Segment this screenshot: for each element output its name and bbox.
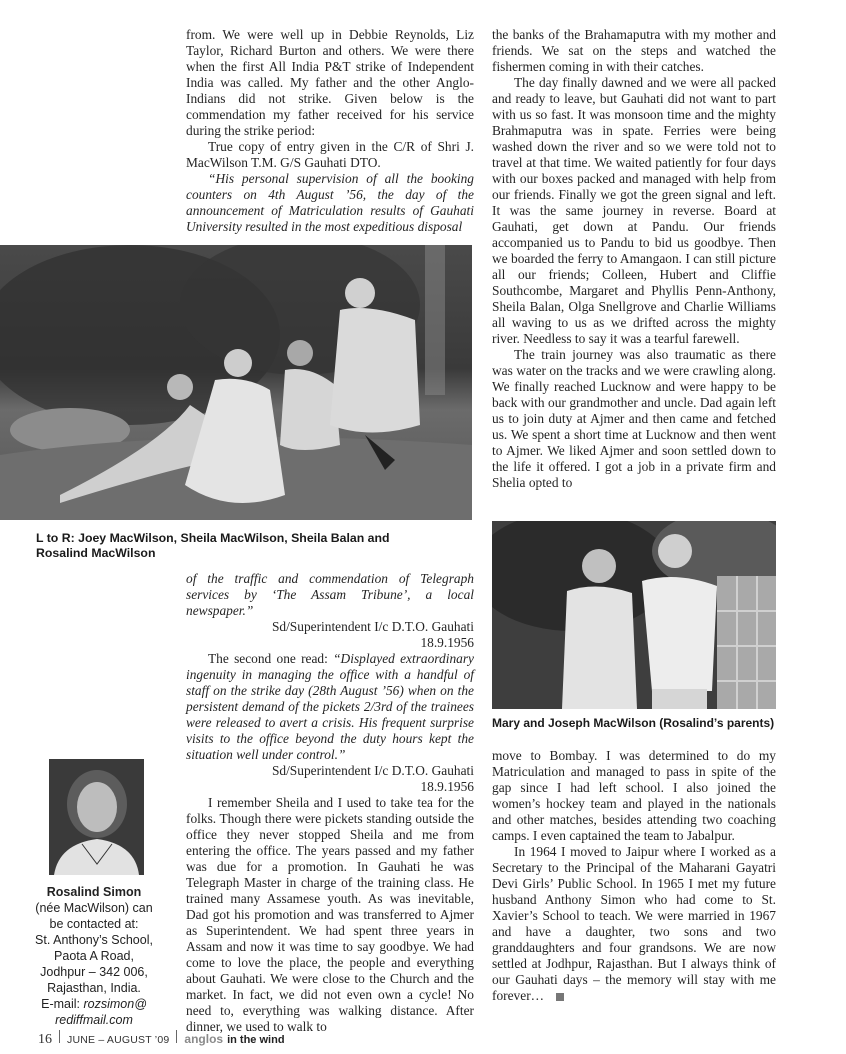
issue-date: JUNE – AUGUST ’09 [67,1034,169,1046]
email-link[interactable]: rozsimon@ [83,997,146,1011]
group-photo-image [0,245,472,520]
page-footer: 16 JUNE – AUGUST ’09 anglos in the wind [38,1030,285,1048]
article-col1-top: from. We were well up in Debbie Reynolds… [186,27,474,235]
footer-divider [176,1030,177,1043]
author-name: Rosalind Simon [14,884,174,900]
page-number: 16 [38,1032,52,1048]
parents-photo-caption: Mary and Joseph MacWilson (Rosalind’s pa… [492,716,792,731]
signature: Sd/Superintendent I/c D.T.O. Gauhati [186,619,474,635]
signature-date: 18.9.1956 [186,779,474,795]
article-col1-mid: of the traffic and commendation of Teleg… [186,571,474,1035]
bio-line: (née MacWilson) can [14,900,174,916]
paragraph: the banks of the Brahamaputra with my mo… [492,27,776,75]
email-link-cont[interactable]: rediffmail.com [14,1012,174,1028]
paragraph: I remember Sheila and I used to take tea… [186,795,474,1035]
quote-paragraph: of the traffic and commendation of Teleg… [186,571,474,619]
paragraph: The second one read: “Displayed extraord… [186,651,474,763]
quote-text: “Displayed extraordinary ingenuity in ma… [186,651,474,762]
paragraph: The train journey was also traumatic as … [492,347,776,491]
article-col2-top: the banks of the Brahamaputra with my mo… [492,27,776,491]
parents-photo-image [492,521,776,709]
paragraph: True copy of entry given in the C/R of S… [186,139,474,171]
group-photo [0,245,472,520]
magazine-name: anglos [184,1032,223,1046]
group-photo-caption: L to R: Joey MacWilson, Sheila MacWilson… [36,531,426,561]
end-of-article-icon [556,993,564,1001]
parents-photo [492,521,776,709]
author-photo-image [49,759,144,875]
bio-email-line: E-mail: rozsimon@ [14,996,174,1012]
bio-line: Paota A Road, [14,948,174,964]
author-bio: Rosalind Simon (née MacWilson) can be co… [14,884,174,1028]
article-col2-bottom: move to Bombay. I was determined to do m… [492,748,776,1004]
paragraph: from. We were well up in Debbie Reynolds… [186,27,474,139]
paragraph-text: In 1964 I moved to Jaipur where I worked… [492,844,776,1003]
footer-divider [59,1030,60,1043]
paragraph: In 1964 I moved to Jaipur where I worked… [492,844,776,1004]
lead-text: The second one read: [208,651,333,666]
email-label: E-mail: [41,997,83,1011]
signature-date: 18.9.1956 [186,635,474,651]
bio-line: Jodhpur – 342 006, [14,964,174,980]
bio-line: St. Anthony’s School, [14,932,174,948]
signature: Sd/Superintendent I/c D.T.O. Gauhati [186,763,474,779]
bio-line: Rajasthan, India. [14,980,174,996]
bio-line: be contacted at: [14,916,174,932]
author-photo [49,759,144,875]
quote-paragraph: “His personal supervision of all the boo… [186,171,474,235]
paragraph: The day finally dawned and we were all p… [492,75,776,347]
magazine-name-suffix: in the wind [227,1034,284,1046]
paragraph: move to Bombay. I was determined to do m… [492,748,776,844]
